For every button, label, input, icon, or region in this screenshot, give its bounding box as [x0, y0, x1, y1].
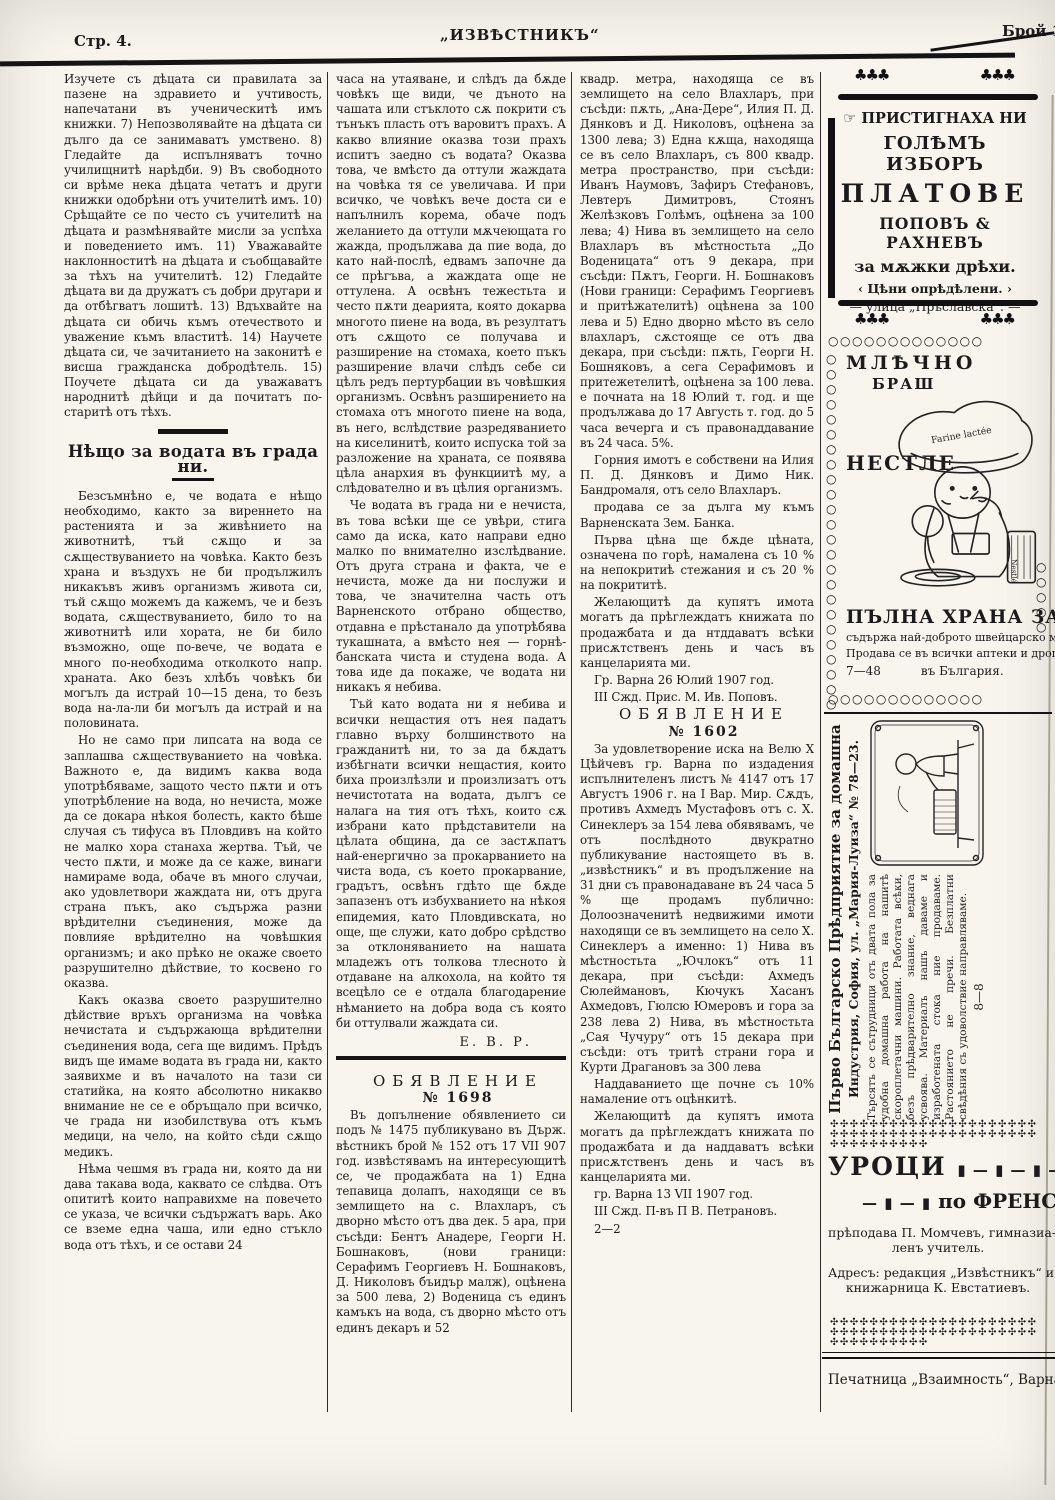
- french-lessons-ad: УРОЦИ ▮ — ▮ — ▮ — — ▮ — ▮ по ФРЕНСКИ прѣ…: [828, 1152, 1048, 1295]
- industry-headline-2: Индустрия, София, ул. „Мария-Луиза“ № 78…: [846, 718, 861, 1120]
- platove-left-bar: [828, 118, 835, 298]
- official-signature-1: III Сжд. Прис. М. Ив. Поповъ.: [580, 690, 814, 705]
- announcement-1698-price: Първа цѣна ще бѫде цѣната, означена по г…: [580, 533, 814, 594]
- header-rule: [0, 53, 1015, 67]
- lessons-address-1: Адресъ: редакция „Извѣстникъ“ и: [828, 1265, 1048, 1280]
- newspaper-page: Стр. 4. „ИЗВѢСТНИКЪ“ Брой 1 Изучете съ д…: [0, 0, 1055, 1500]
- announcement-1602-buyers: Желающитѣ да купятъ имота могатъ да прѣг…: [580, 1109, 814, 1185]
- printing-house: Печатница „Взаимность“, Варна: [828, 1372, 1055, 1388]
- water-article-p5: часа на утаяване, и слѣдъ да бѫде човѣкъ…: [336, 72, 566, 496]
- title-underline: [172, 478, 214, 481]
- dateline-1: Гр. Варна 26 Юлий 1907 год.: [580, 673, 814, 688]
- dash-block-ornament: ▮ — ▮ — ▮ —: [957, 1161, 1055, 1179]
- clover-icon: ♣♣♣: [854, 310, 888, 328]
- nestle-baby-illustration: Farine lactée Nestlé: [880, 390, 1045, 595]
- clover-icon: ♣♣♣: [980, 310, 1014, 328]
- footer-rule-thin: [822, 1352, 1055, 1353]
- announcement-1698-buyers: Желающитѣ да купятъ имота могатъ да прѣг…: [580, 595, 814, 671]
- pointing-hand-icon: ☞: [843, 110, 856, 127]
- hat-label: Farine lactée: [930, 425, 992, 446]
- header-rule-right: [930, 31, 1054, 51]
- announcement-1698-number: № 1698: [336, 1091, 566, 1106]
- platove-line2: ГОЛѢМЪ ИЗБОРЪ: [840, 133, 1030, 175]
- chain-border-left: ○○○○○○○○○○○○○○○○○○○○○○○○: [826, 352, 840, 712]
- official-signature-2: III Сжд. П-въ П В. Петрановъ.: [580, 1204, 814, 1219]
- cross-stitch-band-bottom: ✣✣✣✣✣✣✣✣✣✣✣✣✣✣✣✣✣✣✣✣✣✣✣✣✣✣✣✣✣✣✣✣✣✣✣✣✣✣✣✣…: [830, 1318, 1042, 1348]
- platove-brand: ПЛАТОВЕ: [840, 179, 1030, 208]
- clover-icon: ♣♣♣: [854, 66, 888, 84]
- announcement-1698-bank: продава се за дълга му къмъ Варненската …: [580, 500, 814, 530]
- water-article-p6: Че водата въ града ни е нечиста, въ това…: [336, 498, 566, 695]
- clover-ornament-top: ♣♣♣ ♣♣♣: [826, 66, 1042, 84]
- industry-headline-1: Първо Българско Прѣдприятие за домашна: [826, 718, 844, 1120]
- column-1: Изучете съ дѣцата си правилата за пазене…: [64, 72, 322, 1414]
- water-article-p4: Нѣма чешмя въ града ни, която да ни дава…: [64, 1162, 322, 1253]
- announcement-1698-cont: квадр. метра, находяща се въ землището н…: [580, 72, 814, 451]
- section-divider: [158, 429, 228, 434]
- platove-rule-bottom: [838, 300, 1038, 306]
- article-title: Нѣщо за водата въ града ни.: [64, 444, 322, 474]
- announcement-1602-auction: Наддаванието ще почне съ 10% намаление о…: [580, 1077, 814, 1107]
- dateline-2: гр. Варна 13 VII 1907 год.: [580, 1187, 814, 1202]
- chain-border-bottom: ○○○○○○○○○○○○○: [828, 692, 984, 706]
- nestle-sub2: Продава се въ всички аптеки и дрог.: [846, 647, 1046, 660]
- lessons-word: УРОЦИ: [828, 1152, 947, 1181]
- industry-ad: Първо Българско Прѣдприятие за домашна И…: [826, 718, 1042, 1120]
- nestle-title-milk: МЛѢЧНО: [846, 352, 976, 374]
- lessons-teacher-1: прѣподава П. Момчевъ, гимназиа-: [828, 1225, 1048, 1240]
- article-divider: [336, 1056, 566, 1060]
- cross-stitch-band-top: ✣✣✣✣✣✣✣✣✣✣✣✣✣✣✣✣✣✣✣✣✣✣✣✣✣✣✣✣✣✣✣✣✣✣✣✣✣✣✣✣…: [830, 1120, 1042, 1150]
- dash-block-ornament: — ▮ — ▮: [862, 1194, 931, 1212]
- author-initials: Е. В. Р.: [336, 1035, 566, 1050]
- repeat-mark: 2—2: [580, 1222, 814, 1237]
- announcement-1602-title: ОБЯВЛЕНИЕ: [580, 707, 814, 722]
- water-article-p1: Безсъмнѣно е, че водата е нѣщо необходим…: [64, 489, 322, 732]
- clover-ornament-bottom: ♣♣♣ ♣♣♣: [826, 310, 1042, 328]
- advice-list: Изучете съ дѣцата си правилата за пазене…: [64, 72, 322, 421]
- column-divider-1: [327, 72, 328, 1412]
- platove-line1: ПРИСТИГНАХА НИ: [861, 110, 1026, 127]
- column-divider-3: [820, 72, 821, 1412]
- announcement-1698-owner: Горния имотъ е собствени на Илия П. Д. Д…: [580, 453, 814, 498]
- platove-firm: ПОПОВЪ & РАХНЕВЪ: [840, 214, 1030, 252]
- platove-line5: за мѫжки дрѣхи.: [840, 257, 1030, 276]
- ad-separator-rule: [824, 712, 1052, 714]
- announcement-1698-title: ОБЯВЛЕНИЕ: [336, 1074, 566, 1089]
- column-divider-2: [571, 72, 572, 1412]
- chain-border-top: ○○○○○○○○○○○○○: [828, 334, 984, 348]
- platove-prices: ‹ Цѣни опрѣдѣлени. ›: [840, 281, 1030, 296]
- lessons-address-2: книжарница К. Евстатиевъ.: [828, 1280, 1048, 1295]
- nestle-country: въ България.: [921, 664, 1004, 678]
- nestle-heading: ПЪЛНА ХРАНА ЗА ДѢЦА: [846, 607, 1046, 628]
- column-2: часа на утаяване, и слѣдъ да бѫде човѣкъ…: [336, 72, 566, 1414]
- water-article-p7: Тъй като водата ни я небива и всички нещ…: [336, 697, 566, 1030]
- footer-rule-thick: [822, 1357, 1055, 1359]
- nestle-sub1: съдържа най-доброто швейцарско мл.: [846, 631, 1046, 644]
- column-3: квадр. метра, находяща се въ землището н…: [580, 72, 814, 1414]
- announcement-1698-body: Въ допълнение обявлението си подъ № 1475…: [336, 1108, 566, 1335]
- nestle-serial: 7—48: [846, 664, 881, 678]
- clover-icon: ♣♣♣: [980, 66, 1014, 84]
- jar-label: Nestlé: [1010, 559, 1019, 583]
- lessons-subject: по ФРЕНСКИ: [938, 1189, 1055, 1213]
- page-number: Стр. 4.: [74, 32, 132, 50]
- industry-body-text: Търсятъ се сътрудници отъ двата пола за …: [866, 874, 969, 1120]
- water-article-p3: Какъ оказва своето разрушително дѣйствие…: [64, 993, 322, 1160]
- announcement-1602-number: № 1602: [580, 725, 814, 740]
- announcement-1602-body: За удовлетворение иска на Велю Х Цѣйчевъ…: [580, 742, 814, 1075]
- lessons-teacher-2: ленъ учитель.: [828, 1240, 1048, 1255]
- platove-ad: ☞ ПРИСТИГНАХА НИ ГОЛѢМЪ ИЗБОРЪ ПЛАТОВЕ П…: [840, 92, 1030, 314]
- water-article-p2: Но не само при липсата на вода се заплаш…: [64, 733, 322, 991]
- newspaper-title: „ИЗВѢСТНИКЪ“: [440, 26, 600, 44]
- knitting-machine-illustration: [868, 718, 986, 868]
